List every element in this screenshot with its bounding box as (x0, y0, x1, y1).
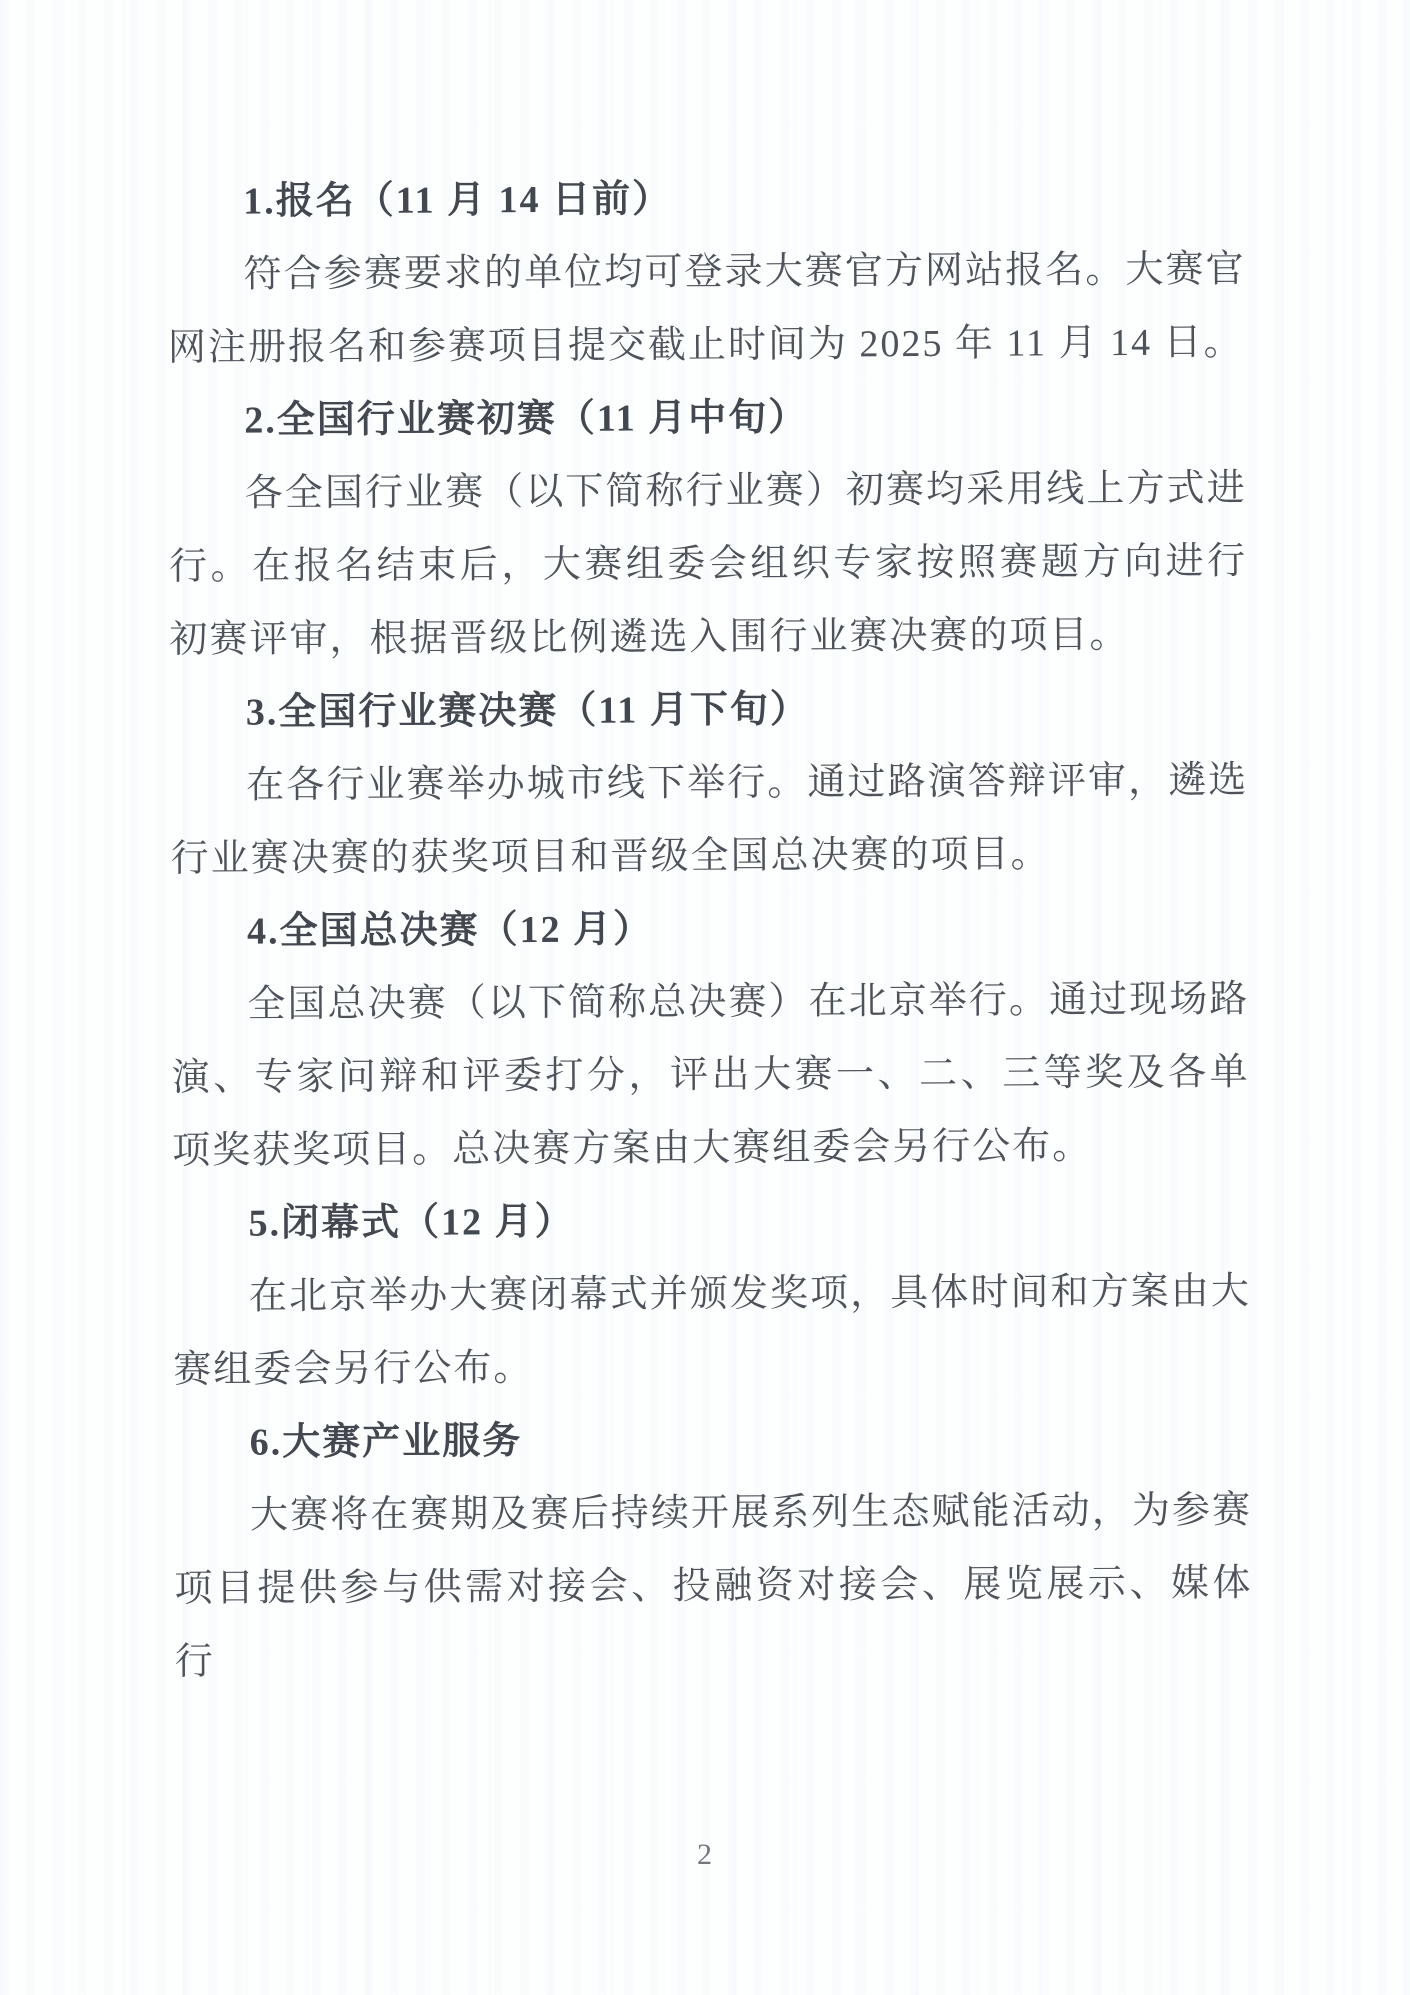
section-heading: 5.闭幕式（12 月） (172, 1182, 1250, 1261)
section-industry-services: 6.大赛产业服务 大赛将在赛期及赛后持续开展系列生态赋能活动，为参赛项目提供参与… (173, 1401, 1253, 1699)
document-body: 1.报名（11 月 14 日前） 符合参赛要求的单位均可登录大赛官方网站报名。大… (167, 160, 1253, 1699)
section-national-final: 4.全国总决赛（12 月） 全国总决赛（以下简称总决赛）在北京举行。通过现场路演… (171, 890, 1251, 1188)
section-heading: 6.大赛产业服务 (173, 1401, 1251, 1480)
section-paragraph: 符合参赛要求的单位均可登录大赛官方网站报名。大赛官网注册报名和参赛项目提交截止时… (167, 233, 1246, 385)
section-paragraph: 大赛将在赛期及赛后持续开展系列生态赋能活动，为参赛项目提供参与供需对接会、投融资… (174, 1474, 1253, 1699)
section-heading: 1.报名（11 月 14 日前） (167, 160, 1245, 239)
section-heading: 2.全国行业赛初赛（11 月中旬） (168, 379, 1246, 458)
section-paragraph: 在各行业赛举办城市线下举行。通过路演答辩评审，遴选行业赛决赛的获奖项目和晋级全国… (170, 744, 1249, 896)
page-number: 2 (0, 1838, 1410, 1872)
section-registration: 1.报名（11 月 14 日前） 符合参赛要求的单位均可登录大赛官方网站报名。大… (167, 160, 1246, 385)
section-heading: 3.全国行业赛决赛（11 月下旬） (170, 671, 1248, 750)
section-paragraph: 全国总决赛（以下简称总决赛）在北京举行。通过现场路演、专家问辩和评委打分，评出大… (171, 963, 1250, 1188)
section-paragraph: 在北京举办大赛闭幕式并颁发奖项，具体时间和方案由大赛组委会另行公布。 (173, 1255, 1252, 1407)
section-industry-preliminary: 2.全国行业赛初赛（11 月中旬） 各全国行业赛（以下简称行业赛）初赛均采用线上… (168, 379, 1248, 677)
document-page: 1.报名（11 月 14 日前） 符合参赛要求的单位均可登录大赛官方网站报名。大… (0, 0, 1410, 1995)
section-heading: 4.全国总决赛（12 月） (171, 890, 1249, 969)
section-paragraph: 各全国行业赛（以下简称行业赛）初赛均采用线上方式进行。在报名结束后，大赛组委会组… (169, 452, 1248, 677)
section-closing-ceremony: 5.闭幕式（12 月） 在北京举办大赛闭幕式并颁发奖项，具体时间和方案由大赛组委… (172, 1182, 1251, 1407)
section-industry-final: 3.全国行业赛决赛（11 月下旬） 在各行业赛举办城市线下举行。通过路演答辩评审… (170, 671, 1249, 896)
